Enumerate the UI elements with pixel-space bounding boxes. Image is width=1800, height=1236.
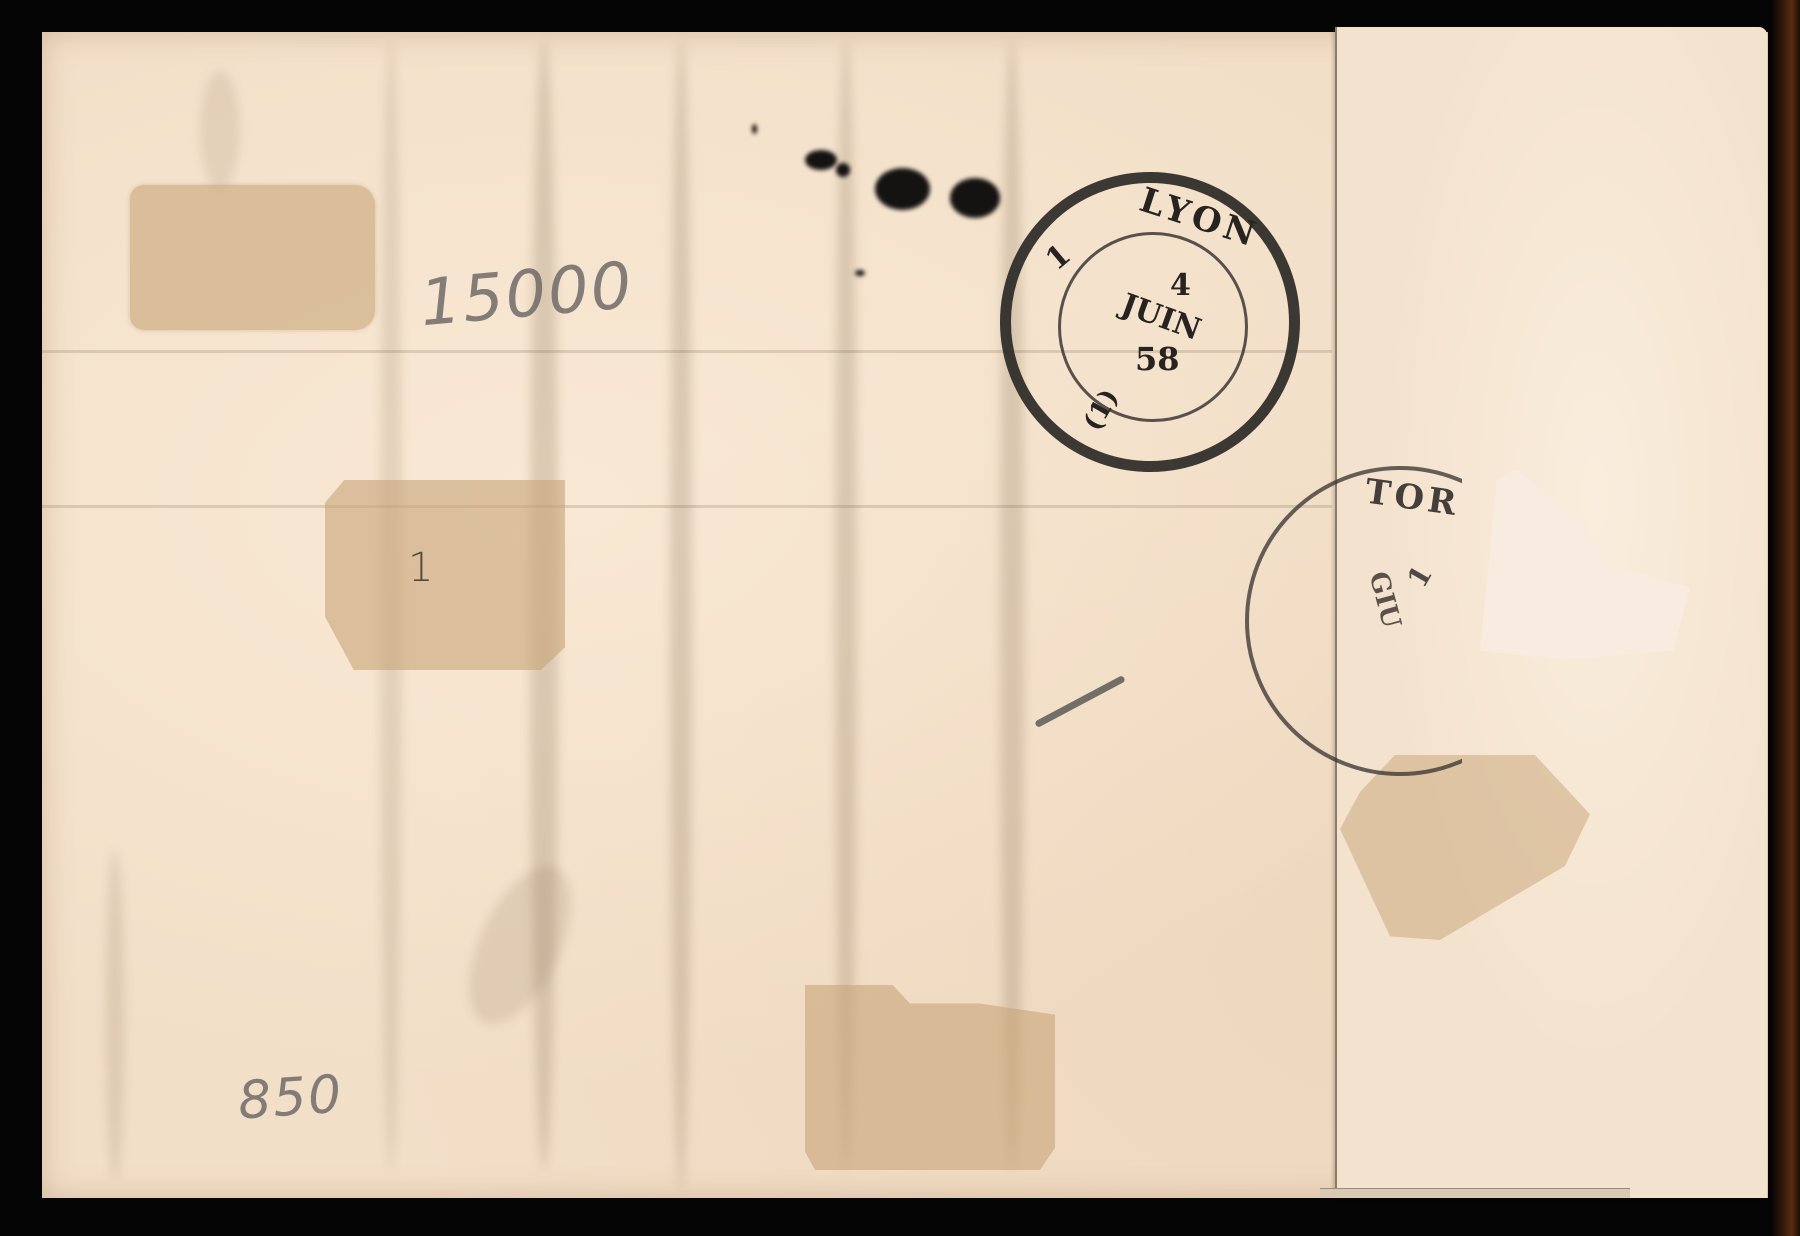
- postmark-year: 58: [1135, 340, 1180, 378]
- postmark-day: 4: [1170, 268, 1191, 303]
- hinge-remnant: [805, 985, 1055, 1170]
- hinge-remnant: [130, 185, 375, 330]
- ink-mark-one: 1: [408, 545, 435, 591]
- hinge-remnant: [325, 480, 565, 670]
- flap-edge: [1320, 1188, 1630, 1198]
- scan-edge-shadow: [1772, 0, 1800, 1236]
- pencil-price-bottom: 850: [236, 1064, 345, 1131]
